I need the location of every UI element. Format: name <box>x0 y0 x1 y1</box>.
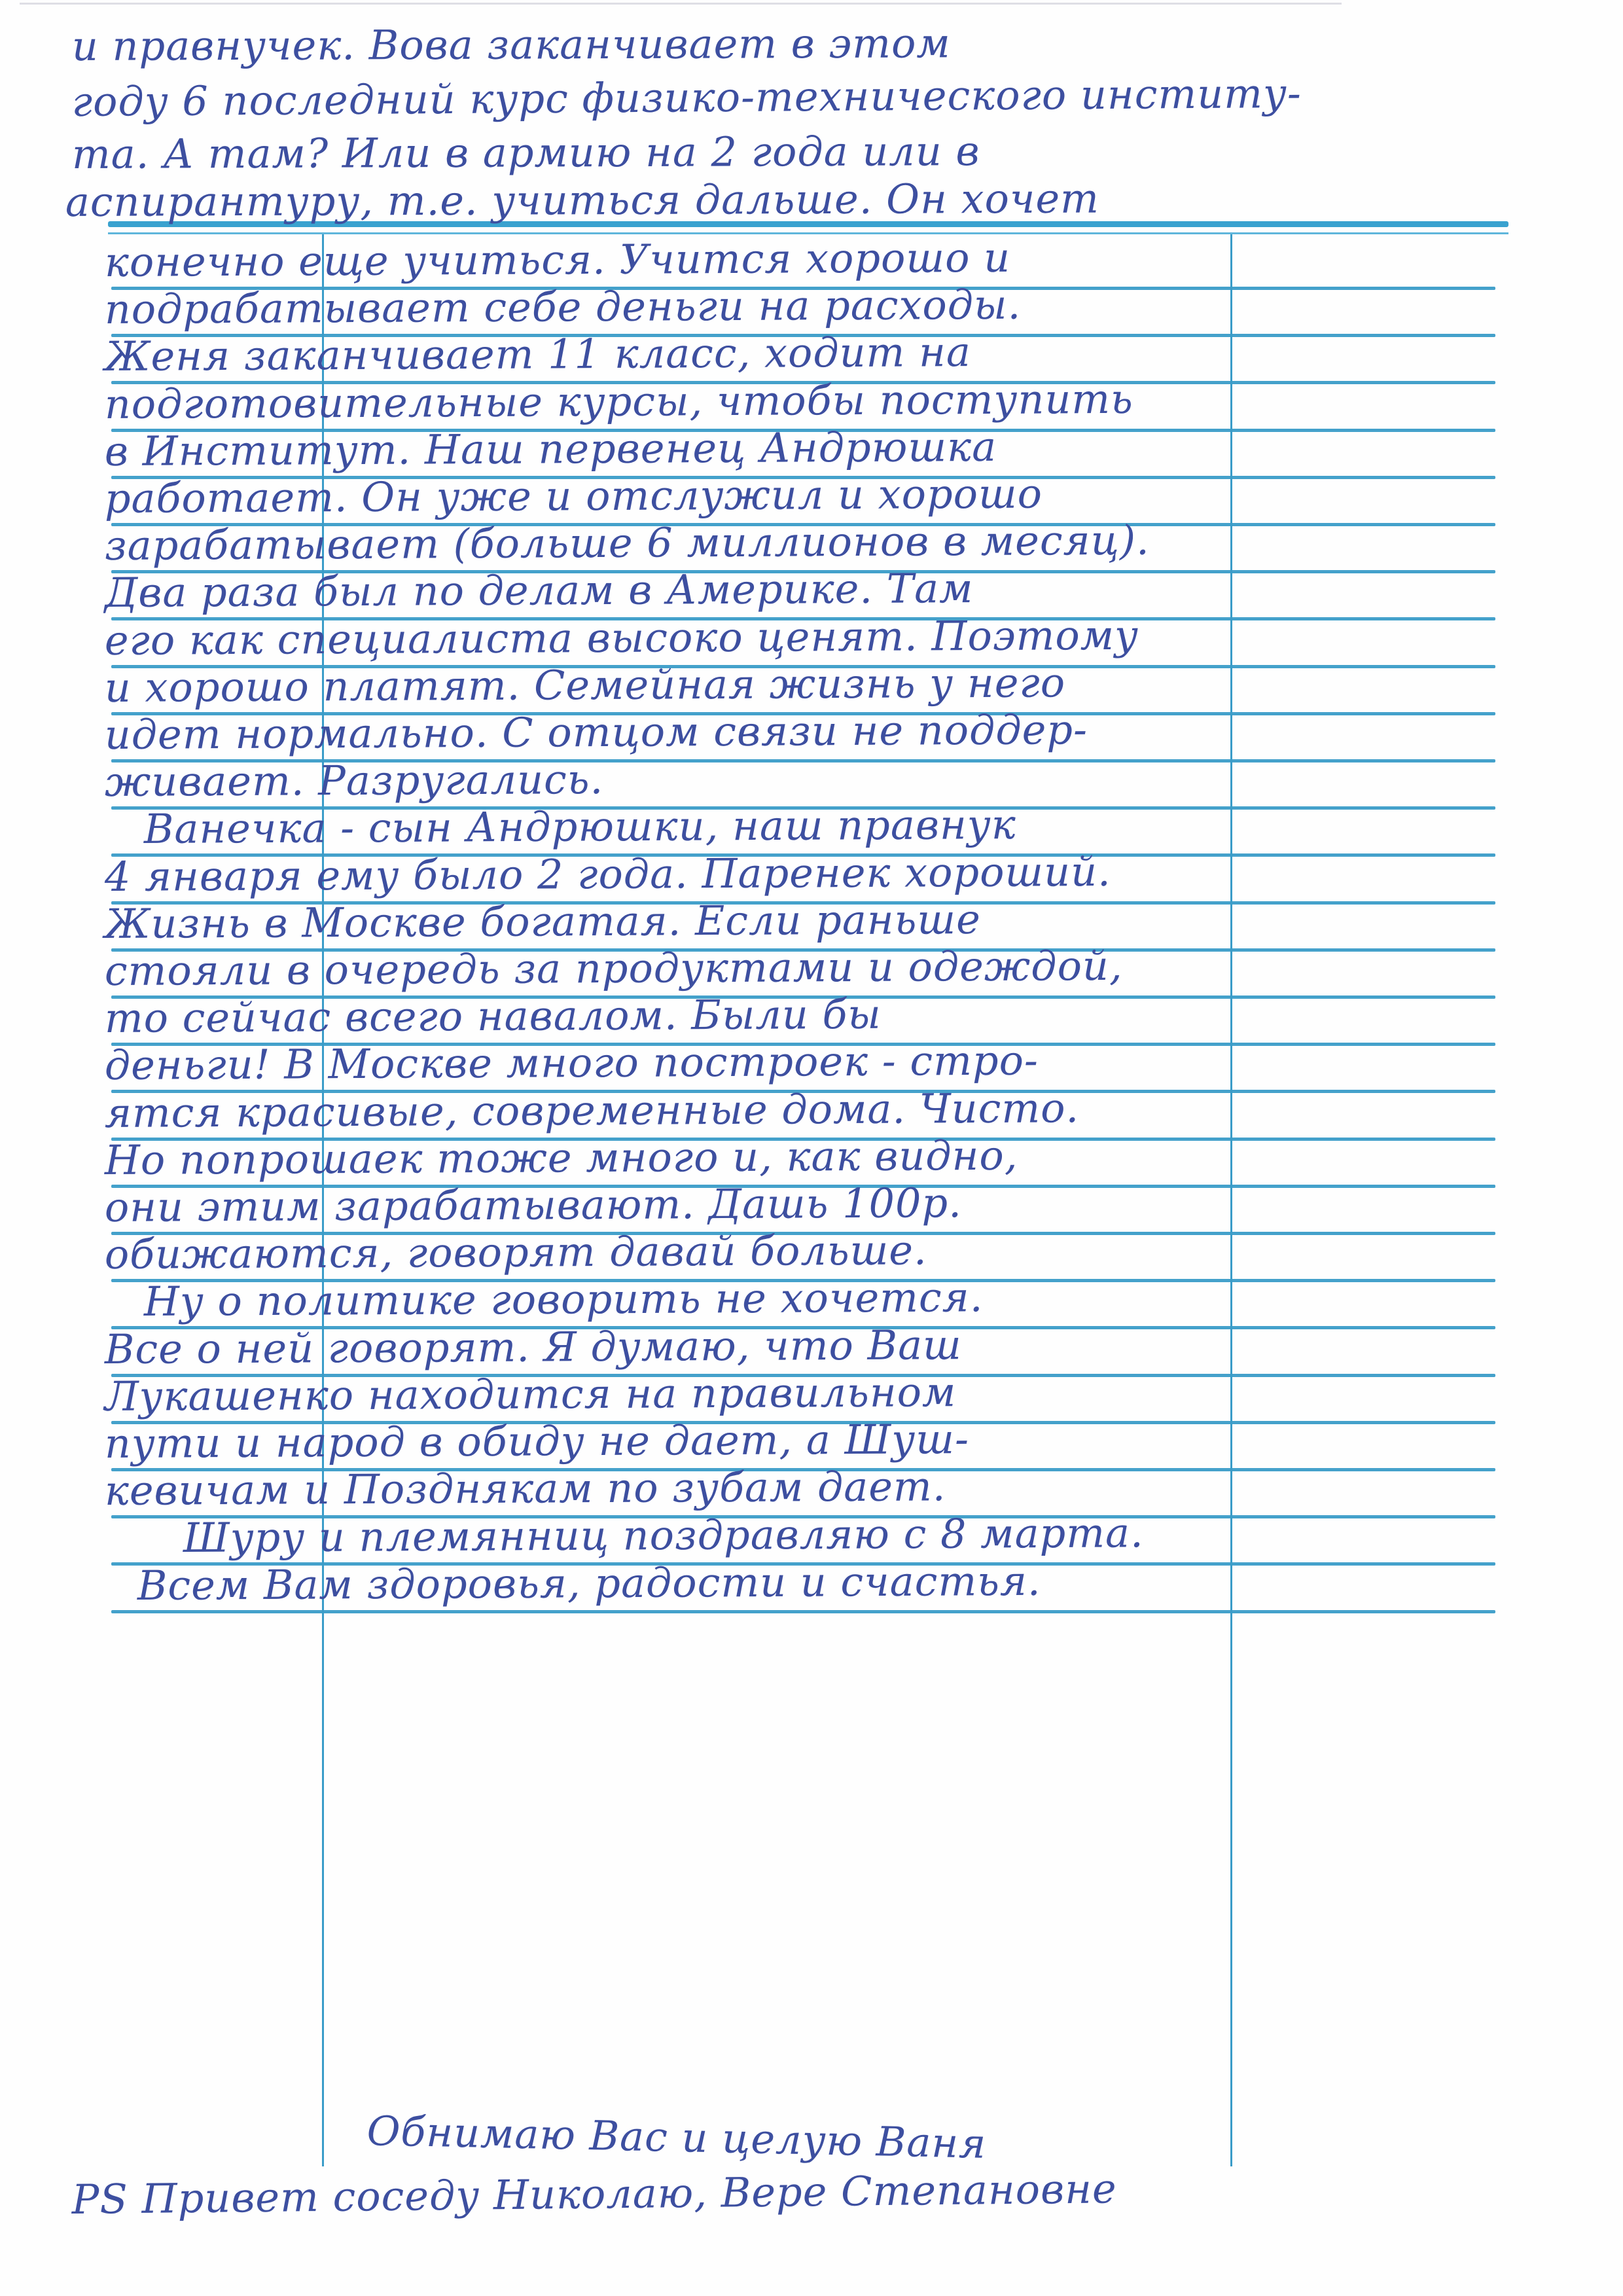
handwritten-line: и правнучек. Вова заканчивает в этом <box>72 23 951 67</box>
handwritten-line: Ну о политике говорить не хочется. <box>144 1277 984 1322</box>
handwritten-line: Женя заканчивает 11 класс, ходит на <box>105 332 971 377</box>
handwritten-line: в Институт. Наш первенец Андрюшка <box>105 427 997 472</box>
handwritten-line: Лукашенко находится на правильном <box>105 1372 957 1417</box>
handwritten-line: 4 января ему было 2 года. Паренек хороши… <box>105 852 1111 897</box>
handwritten-line: Все о ней говорят. Я думаю, что Ваш <box>105 1325 962 1370</box>
handwritten-line: стояли в очередь за продуктами и одеждой… <box>105 946 1123 992</box>
handwritten-line: то сейчас всего навалом. Были бы <box>105 994 882 1039</box>
handwritten-line: Ванечка - сын Андрюшки, наш правнук <box>144 804 1016 850</box>
handwritten-line: та. А там? Или в армию на 2 года или в <box>72 131 980 175</box>
handwritten-line: подготовительные курсы, чтобы поступить <box>105 379 1133 425</box>
handwritten-line: подрабатывает себе деньги на расходы. <box>105 285 1022 330</box>
handwritten-line: конечно еще учиться. Учится хорошо и <box>105 238 1011 283</box>
handwritten-line: Два раза был по делам в Америке. Там <box>105 568 974 613</box>
handwritten-line: Но попрошаек тоже много и, как видно, <box>105 1136 1018 1181</box>
closing-line: Обнимаю Вас и целую Ваня <box>366 2111 987 2164</box>
handwritten-line: Всем Вам здоровья, радости и счастья. <box>137 1561 1041 1606</box>
handwritten-line: Жизнь в Москве богатая. Если раньше <box>105 899 981 944</box>
handwritten-line: году 6 последний курс физико-техническог… <box>72 73 1302 122</box>
handwritten-line: кевичам и Позднякам по зубам дает. <box>105 1466 946 1511</box>
postscript-line: PS Привет соседу Николаю, Вере Степановн… <box>71 2168 1117 2220</box>
handwritten-line: они этим зарабатывают. Дашь 100р. <box>105 1183 962 1228</box>
handwritten-line: живает. Разругались. <box>105 759 604 802</box>
letter-page: и правнучек. Вова заканчивает в этомгоду… <box>0 0 1623 2296</box>
handwritten-line: деньги! В Москве много построек - стро- <box>105 1041 1039 1086</box>
handwritten-line: его как специалиста высоко ценят. Поэтом… <box>105 615 1139 661</box>
handwritten-line: и хорошо платят. Семейная жизнь у него <box>105 662 1066 708</box>
handwritten-line: зарабатывает (больше 6 миллионов в месяц… <box>105 520 1150 566</box>
handwritten-line: работает. Он уже и отслужил и хорошо <box>105 473 1043 519</box>
handwritten-line: Шуру и племянниц поздравляю с 8 марта. <box>183 1513 1144 1558</box>
handwritten-line: пути и народ в обиду не дает, а Шуш- <box>105 1419 969 1464</box>
handwritten-line: обижаются, говорят давай больше. <box>105 1230 927 1275</box>
handwritten-line: ятся красивые, современные дома. Чисто. <box>105 1088 1080 1134</box>
ruled-line <box>111 1610 1495 1613</box>
handwritten-line: идет нормально. С отцом связи не поддер- <box>105 709 1088 755</box>
handwritten-line: аспирантуру, т.е. учиться дальше. Он хоч… <box>65 178 1099 223</box>
